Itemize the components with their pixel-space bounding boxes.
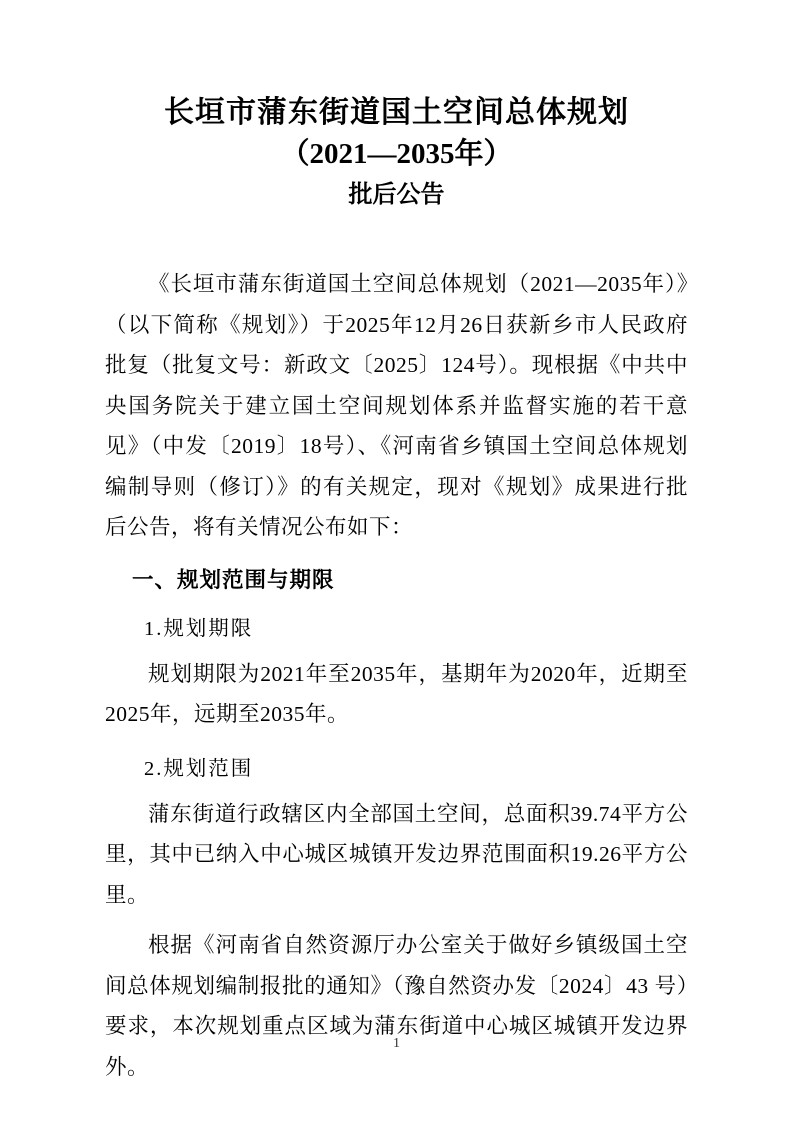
document-title-line2-years: （2021—2035年）	[105, 134, 688, 174]
subsection2-paragraph1: 蒲东街道行政辖区内全部国土空间，总面积39.74平方公里，其中已纳入中心城区城镇…	[105, 794, 688, 916]
subsection2-title: 2.规划范围	[105, 754, 688, 784]
document-content: 长垣市蒲东街道国土空间总体规划 （2021—2035年） 批后公告 《长垣市蒲东…	[0, 0, 793, 1087]
document-page: 长垣市蒲东街道国土空间总体规划 （2021—2035年） 批后公告 《长垣市蒲东…	[0, 0, 793, 1122]
document-title-line3-announcement: 批后公告	[105, 178, 688, 212]
subsection1-title: 1.规划期限	[105, 614, 688, 644]
subsection2-paragraph2: 根据《河南省自然资源厅办公室关于做好乡镇级国土空间总体规划编制报批的通知》（豫自…	[105, 925, 688, 1087]
page-number: 1	[0, 1036, 793, 1052]
section1-heading: 一、规划范围与期限	[105, 565, 688, 595]
intro-paragraph: 《长垣市蒲东街道国土空间总体规划（2021—2035年）》（以下简称《规划》）于…	[105, 264, 688, 548]
subsection1-paragraph: 规划期限为2021年至2035年，基期年为2020年，近期至2025年，远期至2…	[105, 654, 688, 735]
document-title-line1: 长垣市蒲东街道国土空间总体规划	[105, 92, 688, 134]
